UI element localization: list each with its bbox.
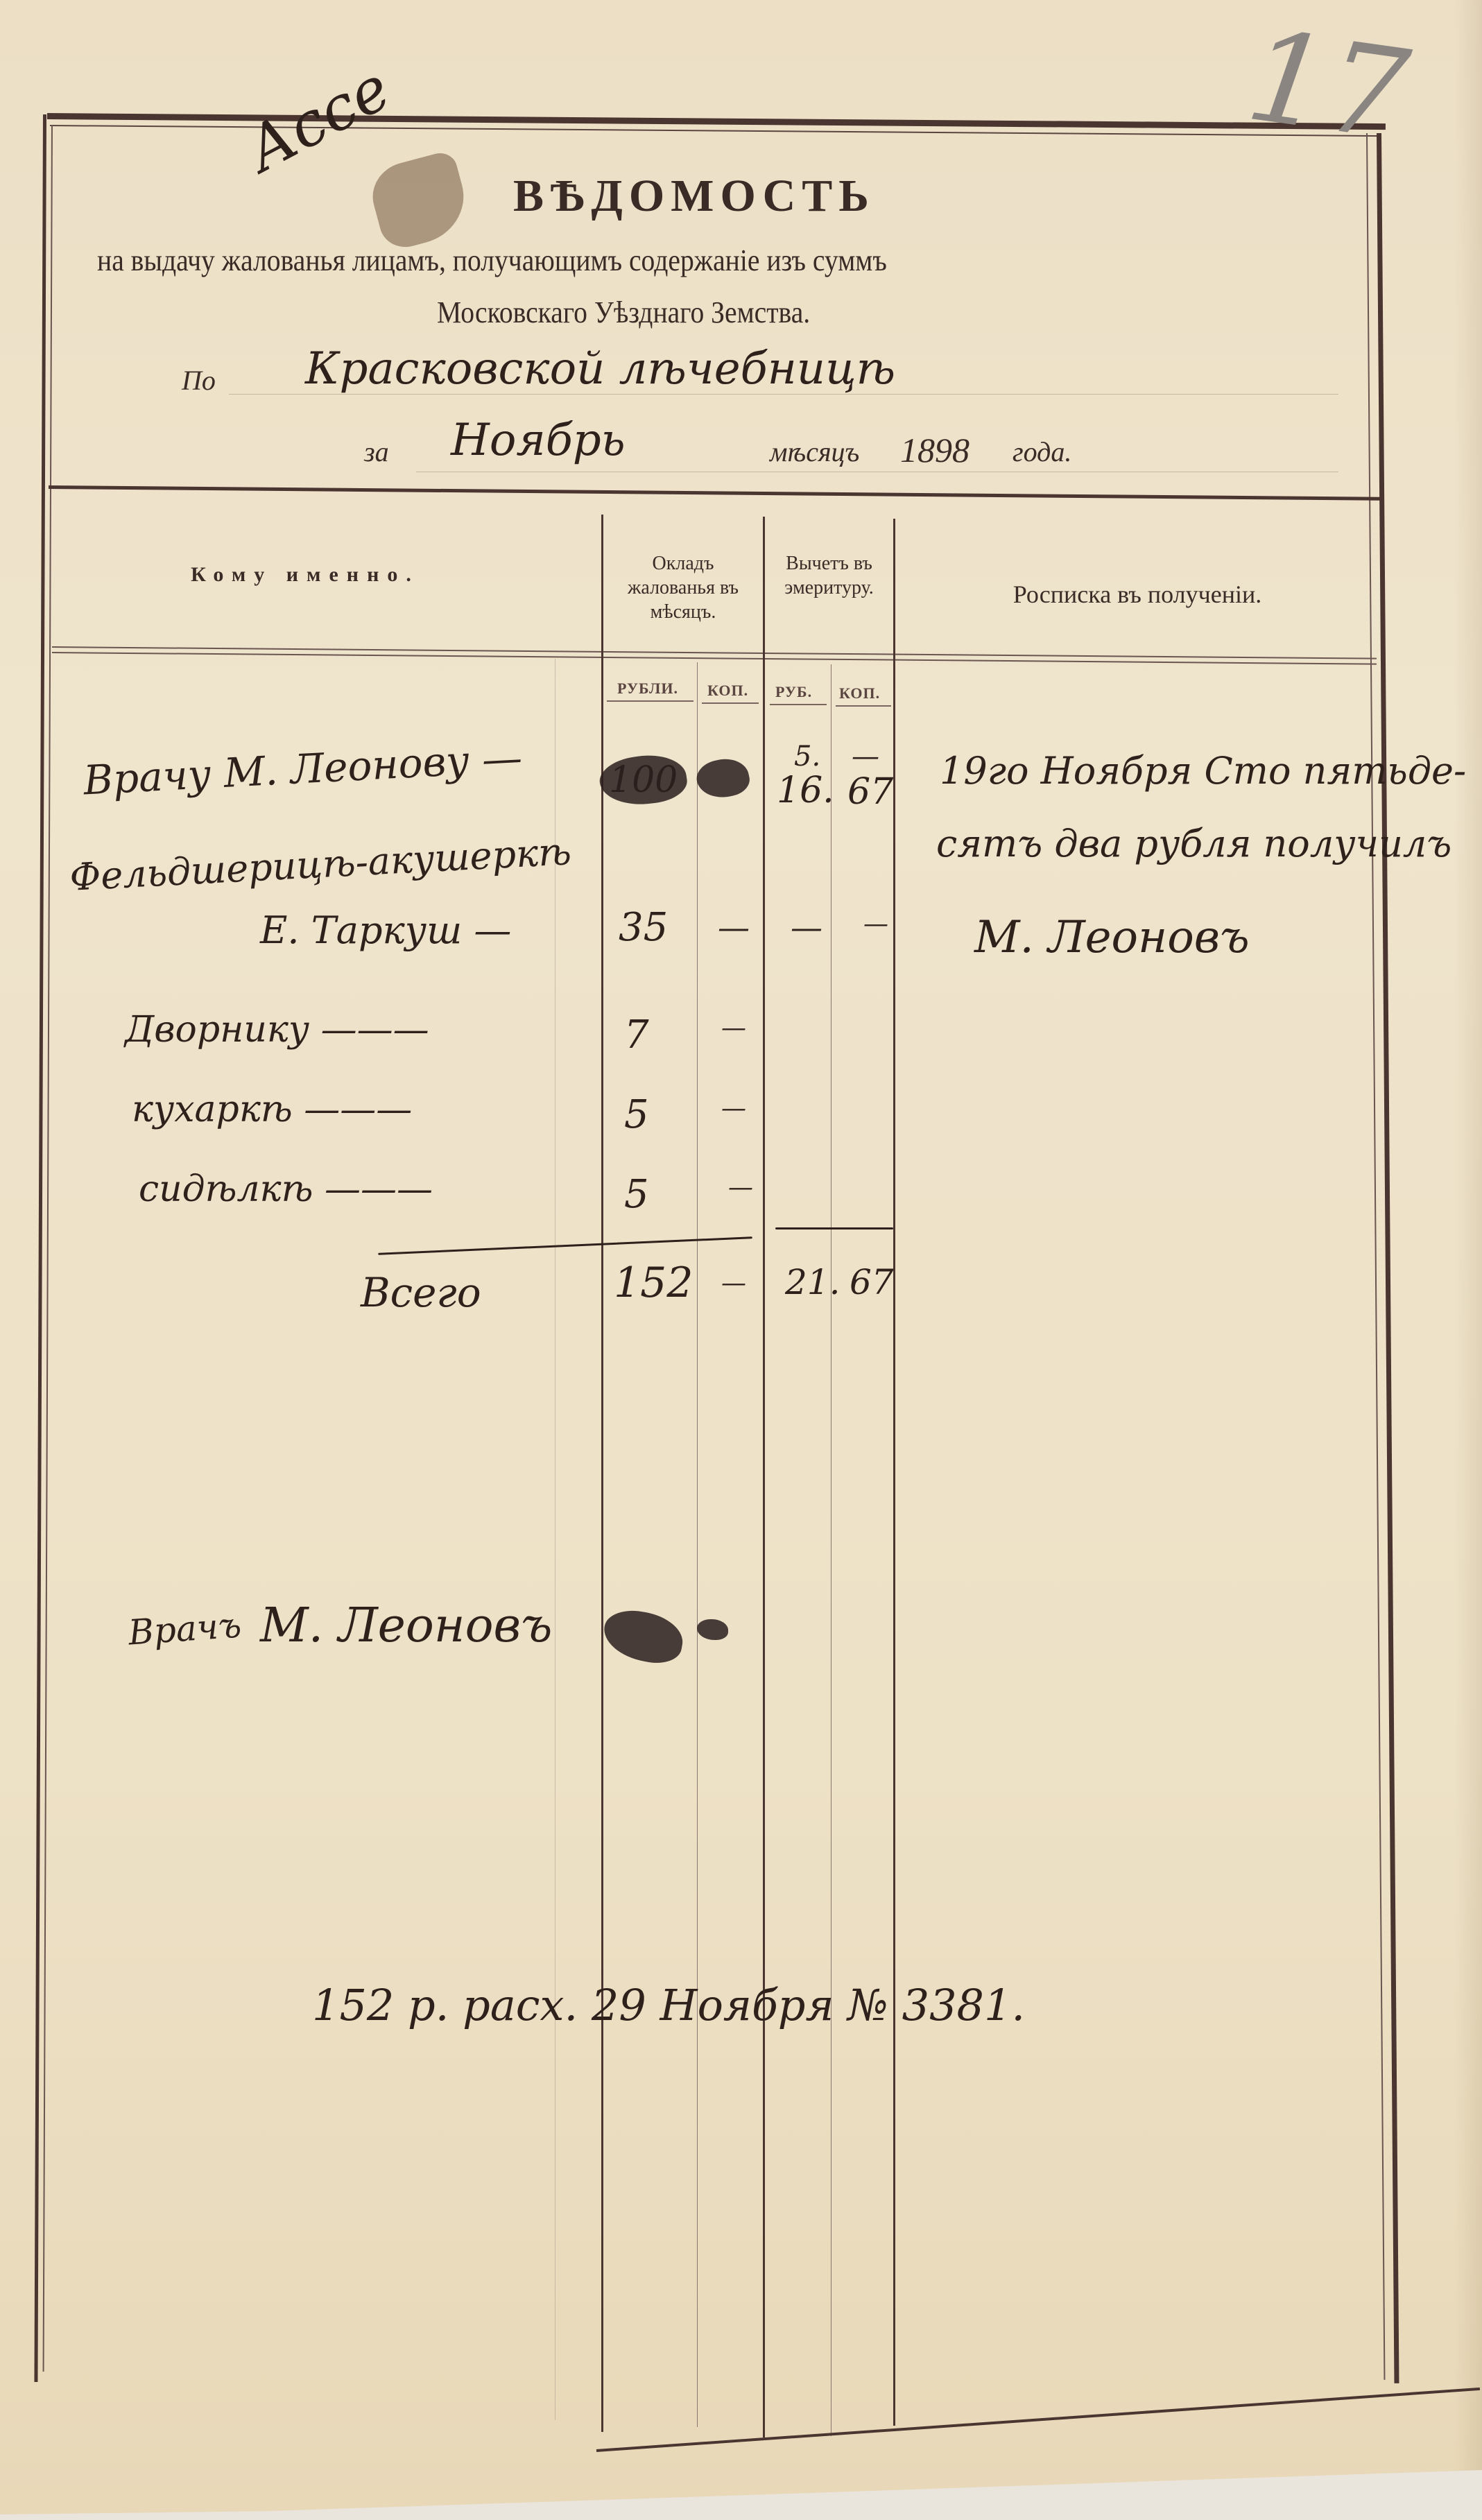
po-underline [229, 394, 1338, 395]
footer-signature: М. Леоновъ [260, 1598, 552, 1653]
subheader-salary-kop: КОП. [707, 682, 748, 700]
receipt-line-2: сятъ два рубля получилъ [936, 822, 1451, 865]
header-rule [49, 485, 1380, 501]
col-line-deduction-left [763, 517, 765, 2437]
row-2-salary-kop: — [718, 908, 750, 946]
row-4-salary-kop: — [721, 1094, 746, 1123]
column-header-salary: Окладъ жалованья въ мѣсяцъ. [607, 551, 759, 624]
total-deduction-kop: 67 [850, 1262, 894, 1302]
row-1-deduction-kop-2: 67 [847, 771, 893, 813]
subheader-deduction-rub: РУБ. [775, 683, 812, 701]
margin-annotation: Ассе [235, 52, 402, 186]
row-2-salary-rub: 35 [619, 905, 668, 950]
total-deduction-rub: 21. [785, 1262, 841, 1302]
frame-right-border [1377, 133, 1399, 2383]
row-2-name-line2: Е. Таркуш — [260, 908, 511, 952]
receipt-signature: М. Леоновъ [974, 912, 1250, 963]
paper-torn-edge [596, 2388, 1480, 2452]
document-title: ВѢДОМОСТЬ [513, 170, 875, 223]
month-label: мѣсяцъ [770, 435, 859, 468]
row-2-name-line1: Фельдшерицѣ-акушеркѣ [69, 829, 572, 899]
document-subtitle: на выдачу жалованья лицамъ, получающимъ … [97, 243, 1221, 278]
row-3-salary-kop: — [721, 1014, 746, 1042]
row-3-name: Дворнику ——— [125, 1009, 429, 1051]
subheader-rule-deduction-kop [836, 705, 891, 707]
ink-blot-footer [600, 1606, 687, 1668]
month-value: Ноябрь [451, 415, 626, 466]
ink-stain [365, 149, 474, 253]
subheader-rule-2 [52, 652, 1377, 665]
col-line-name-guide [555, 659, 555, 2420]
row-4-name: кухаркѣ ——— [132, 1089, 412, 1130]
table-background [0, 2409, 1482, 2520]
column-header-deduction: Вычетъ въ эмеритуру. [768, 551, 890, 600]
row-1-deduction-kop-1: — [852, 741, 879, 773]
subheader-salary-rub: РУБЛИ. [617, 680, 678, 698]
za-underline [416, 472, 1338, 472]
total-salary-rub: 152 [614, 1259, 693, 1307]
column-header-name: Кому именно. [97, 562, 513, 588]
institution-name: Красковской лѣчебницѣ [305, 343, 895, 395]
document-subtitle-2: Московскаго Уѣзднаго Земства. [437, 295, 810, 330]
row-4-salary-rub: 5 [624, 1092, 649, 1137]
row-1-name: Врачу М. Леонову — [83, 734, 524, 804]
subheader-rule-salary-kop [702, 702, 759, 704]
ink-blot-kop [693, 754, 752, 802]
total-label: Всего [361, 1269, 481, 1316]
row-2-deduction-rub: — [791, 908, 822, 946]
row-2-deduction-kop: — [863, 910, 888, 938]
total-rule-deduction [775, 1227, 893, 1229]
col-line-salary-mid [697, 662, 698, 2427]
subheader-deduction-kop: КОП. [839, 684, 880, 702]
year-label: года. [1013, 435, 1071, 468]
za-label: за [364, 435, 389, 468]
row-5-salary-kop: — [728, 1173, 753, 1202]
row-5-name: сидѣлкѣ ——— [139, 1168, 433, 1210]
ink-blot-footer-2 [697, 1619, 728, 1640]
registry-note: 152 р. расх. 29 Ноября № 3381. [312, 1980, 1025, 2030]
footer-signature-label: Врачъ [127, 1605, 243, 1652]
year: 1898 [900, 430, 970, 470]
total-rule-salary [378, 1236, 752, 1255]
subheader-rule-deduction-rub [770, 704, 827, 705]
row-1-deduction-rub-2: 16. [777, 770, 834, 811]
row-1-deduction-rub-1: 5. [794, 741, 820, 773]
page-number: 17 [1239, 3, 1417, 169]
row-3-salary-rub: 7 [624, 1012, 649, 1058]
col-line-salary-left [601, 515, 603, 2432]
row-5-salary-rub: 5 [624, 1172, 649, 1217]
column-header-receipt: Росписка въ полученiи. [902, 579, 1373, 610]
subheader-rule-salary-rub [607, 700, 693, 702]
paper-shadow [1454, 0, 1482, 2520]
receipt-line-1: 19го Ноября Сто пятьде- [940, 749, 1466, 793]
po-label: По [182, 364, 216, 397]
col-line-deduction-mid [831, 664, 832, 2436]
total-salary-kop: — [721, 1269, 746, 1297]
col-line-receipt-left [893, 519, 895, 2426]
